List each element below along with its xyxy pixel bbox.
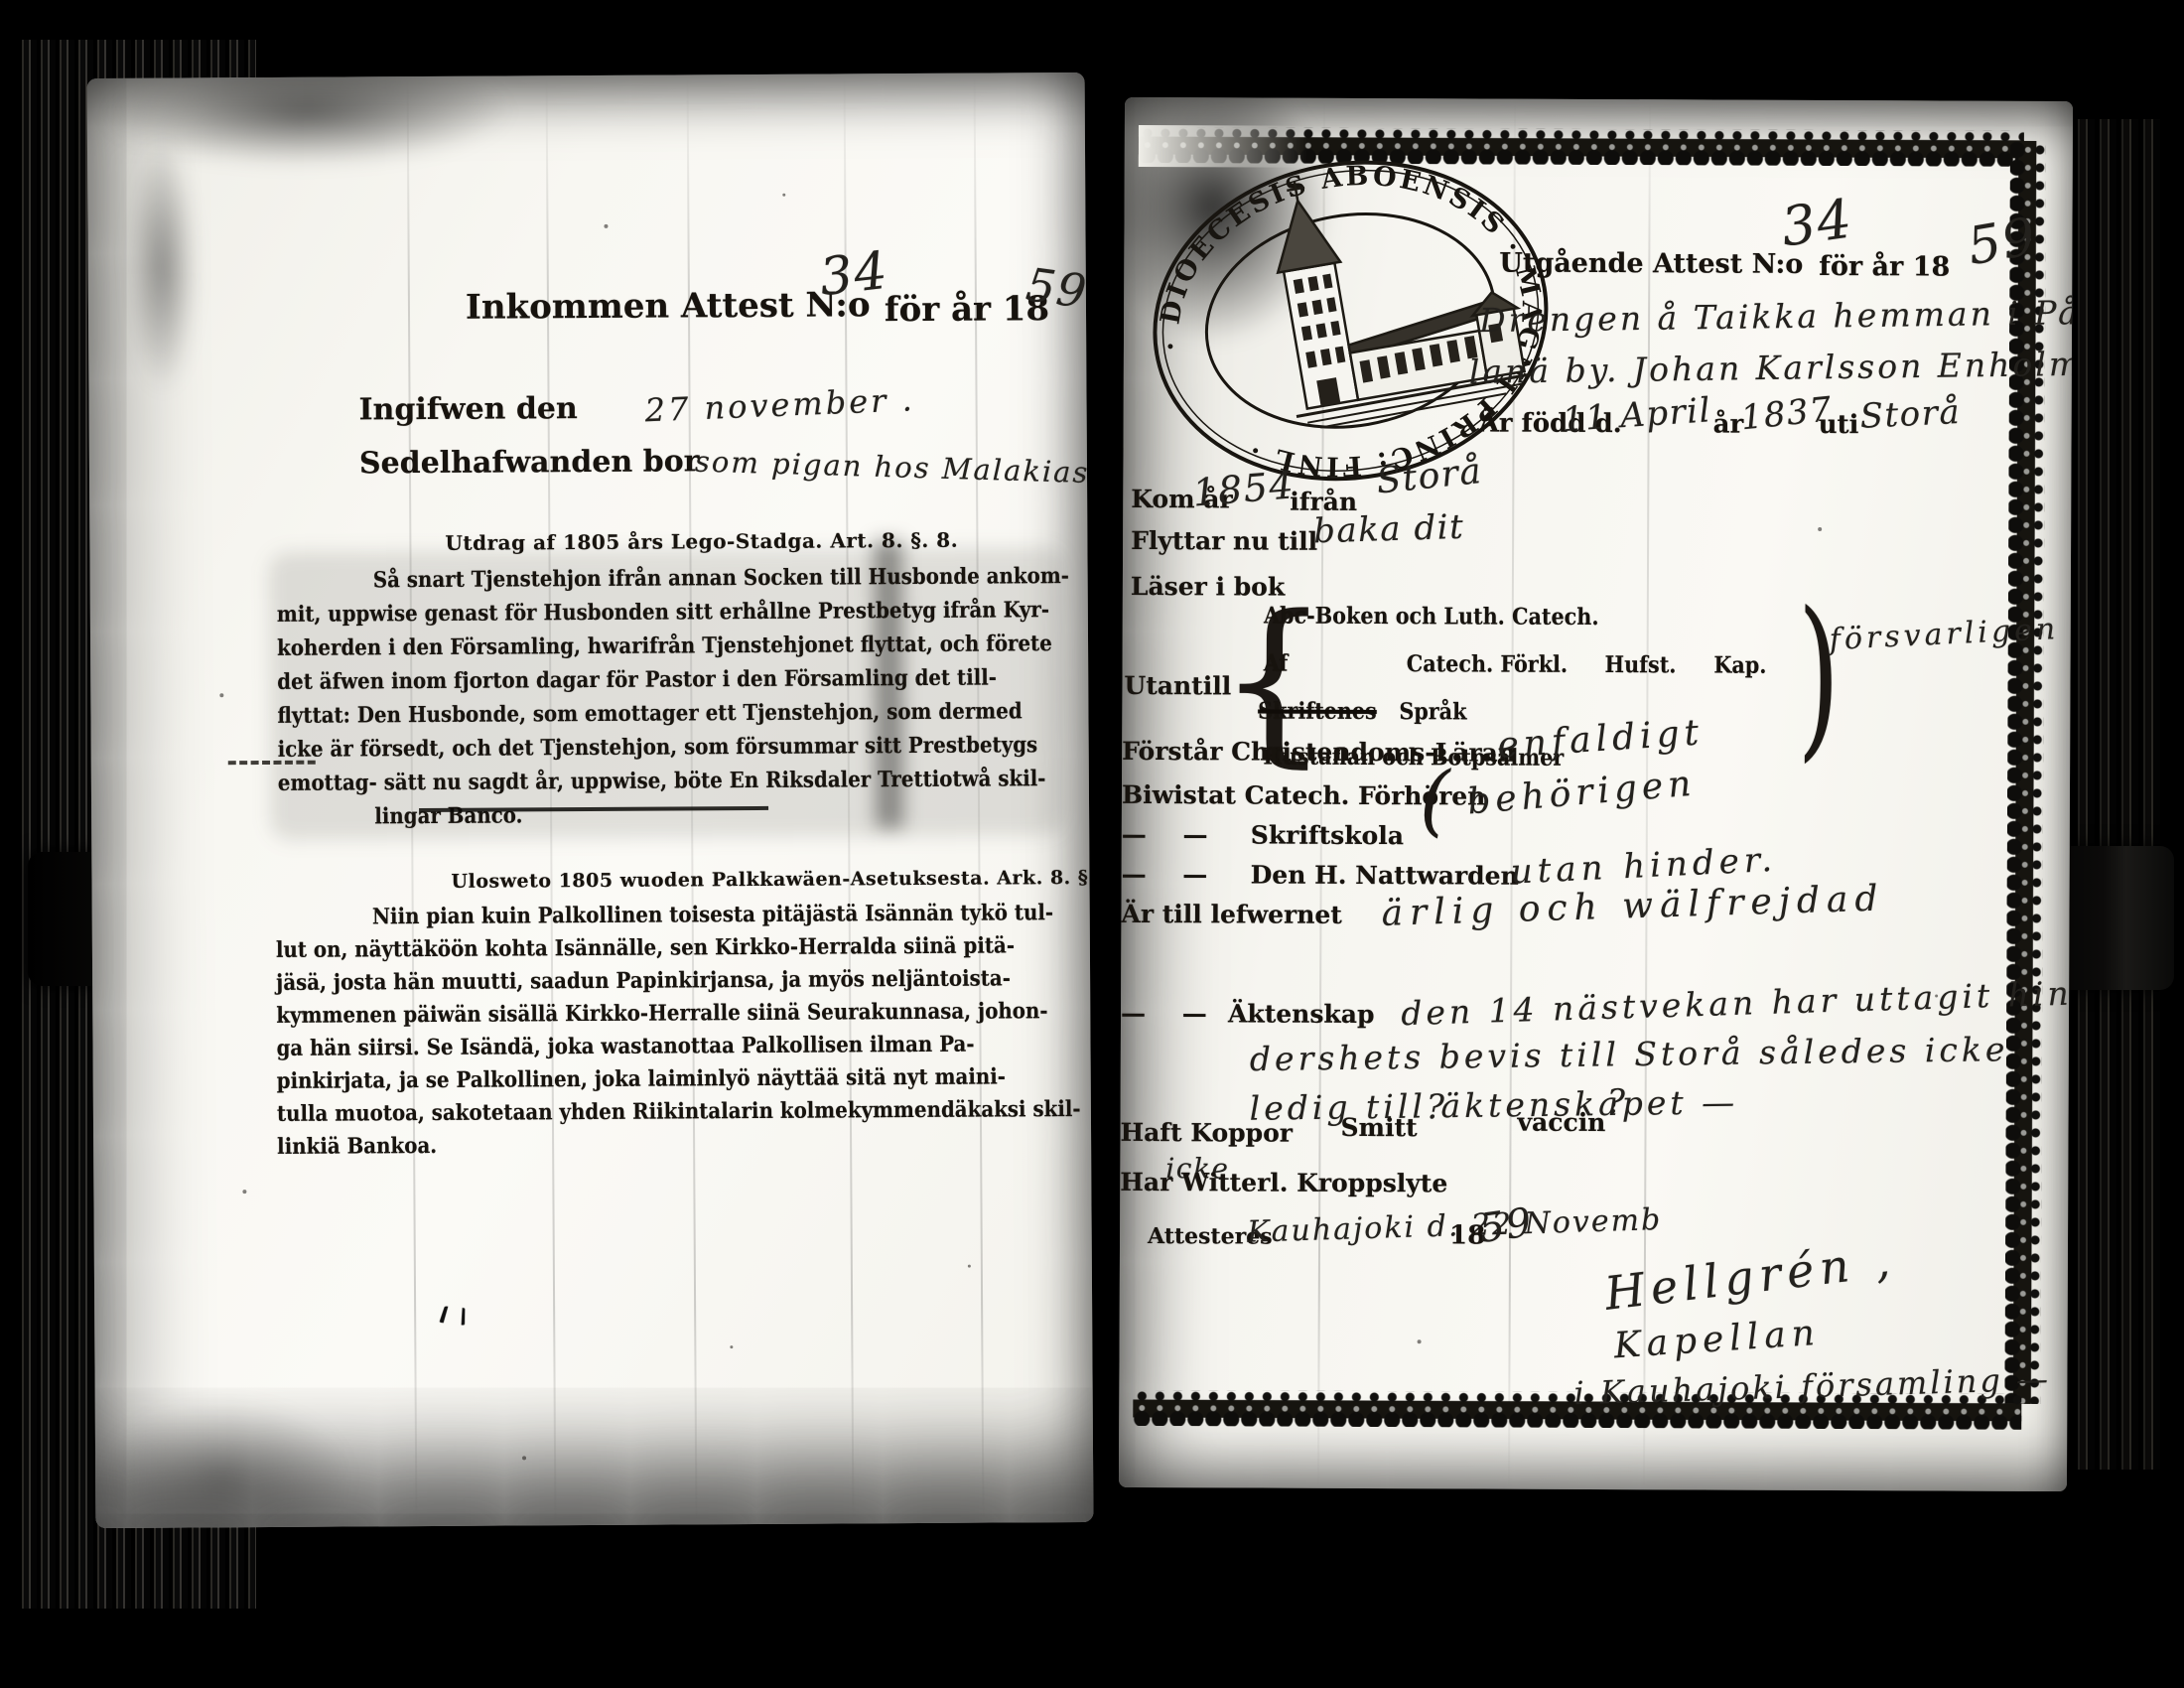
aktenskap-line1-handwritten: den 14 nästvekan har uttagit hin- — [1401, 973, 2073, 1033]
attest-year-handwritten: 59 — [1024, 257, 1091, 319]
stray-pen-mark — [439, 1306, 465, 1325]
born-place-label: uti — [1819, 410, 1859, 440]
paragraph-line: Niin pian kuin Palkollinen toisesta pitä… — [276, 897, 1080, 934]
vaccin-mark-handwritten: ? — [1607, 1082, 1627, 1122]
paragraph-line: jäsä, josta hän muutti, saadun Papinkirj… — [276, 962, 1080, 1000]
book-scan: Inkommen Attest N:o 34 för år 18 59 Ingi… — [0, 0, 2184, 1688]
ditto-dashes: — — — [1121, 999, 1221, 1028]
attest-number-handwritten: 34 — [1778, 187, 1857, 258]
page-edge-stack-right — [2073, 119, 2164, 1470]
koppor-label: Haft Koppor — [1120, 1118, 1293, 1148]
attest-year-handwritten: 59 — [1476, 1199, 1536, 1252]
paragraph-line: ga hän siirsi. Se Isändä, joka wastanott… — [276, 1028, 1080, 1065]
paragraph-line: linkiä Bankoa. — [277, 1126, 1081, 1164]
person-line1-handwritten: Drengen å Taikka hemman i Pån- — [1479, 293, 2073, 340]
right-page: · DIOECESIS ABOENSIS · MAGNI PRINC: FINL… — [1119, 97, 2073, 1491]
vaccin-label: vaccin — [1517, 1108, 1605, 1137]
margin-dash-mark — [228, 761, 316, 766]
kom-year-handwritten: 1854 — [1191, 463, 1297, 514]
smitt-label: Smitt — [1340, 1113, 1417, 1142]
skriftskola-label: Skriftskola — [1251, 820, 1404, 850]
ditto-dashes: — — — [1122, 860, 1222, 889]
sedelhafwanden-label: Sedelhafwanden bor — [359, 444, 700, 481]
paragraph-line: kymmenen päiwän sisällä Kirkko-Herralle … — [276, 995, 1080, 1033]
forstar-label: Förstår Christendoms-Läran — [1122, 737, 1516, 768]
forstar-grade-handwritten: enfaldigt — [1496, 712, 1705, 767]
paragraph-line: lut on, näyttäköön kohta Isännälle, sen … — [276, 929, 1080, 967]
outgoing-attest-title: Utgående Attest N:o — [1499, 248, 1803, 280]
aktenskap-line2-handwritten: dershets bevis till Storå således icke — [1250, 1030, 2009, 1078]
flyttar-value-handwritten: baka dit — [1313, 507, 1465, 552]
biwistat-grade-handwritten: behörigen — [1466, 763, 1698, 822]
paragraph-line: tulla muotoa, sakotetaan yhden Riikintal… — [277, 1093, 1081, 1131]
signature-name-handwritten: Hellgrén , — [1602, 1233, 1899, 1321]
utantill-row2-kap: Kap. — [1713, 652, 1766, 679]
swedish-statute-heading: Utdrag af 1805 års Lego-Stadga. Art. 8. … — [445, 528, 958, 555]
finnish-statute-heading: Ulosweto 1805 wuoden Palkkawäen-Asetukse… — [451, 867, 1093, 893]
ingifwen-value-handwritten: 27 november . — [644, 380, 916, 429]
ink-smudge — [95, 1397, 354, 1528]
aktenskap-label: Äktenskap — [1228, 999, 1375, 1029]
paragraph-line: emottag- sätt nu sagdt år, uppwise, böte… — [278, 762, 1071, 800]
paragraph-line: flyttat: Den Husbonde, som emottager ett… — [277, 694, 1070, 733]
paragraph-line: det äfwen inom fjorton dagar för Pastor … — [277, 660, 1070, 699]
kroppslyte-label: Har Witterl. Kroppslyte — [1120, 1168, 1447, 1197]
born-date-handwritten: 11 April — [1562, 390, 1713, 440]
lefwernet-label: Är till lefwernet — [1121, 900, 1342, 929]
aktenskap-line3-handwritten: ledig till äktenskapet — — [1249, 1082, 1738, 1127]
utantill-close-brace: ) — [1797, 589, 1841, 764]
outgoing-attest-year-label: för år 18 — [1819, 251, 1950, 283]
attest-number-handwritten: 34 — [817, 241, 891, 308]
utantill-row3-struck: Skriftenes — [1258, 698, 1377, 726]
ingifwen-label: Ingifwen den — [358, 391, 577, 427]
flyttar-label: Flyttar nu till — [1131, 526, 1317, 556]
paragraph-line: Så snart Tjenstehjon ifrån annan Socken … — [277, 559, 1070, 598]
nattwarden-label: Den H. Nattwarden — [1251, 860, 1519, 890]
born-place-handwritten: Storå — [1859, 392, 1962, 437]
swedish-statute-paragraph: Så snart Tjenstehjon ifrån annan Socken … — [277, 559, 1071, 834]
paragraph-line: pinkirjata, ja se Palkollinen, joka laim… — [277, 1060, 1081, 1098]
ditto-dashes: — — — [1122, 820, 1222, 849]
paragraph-line: icke är försedt, och det Tjenstehjon, so… — [278, 728, 1071, 767]
incoming-attest-title: Inkommen Attest N:o — [466, 285, 871, 327]
utantill-row2-hufst: Hufst. — [1605, 651, 1677, 678]
finnish-statute-paragraph: Niin pian kuin Palkollinen toisesta pitä… — [276, 897, 1081, 1164]
utantill-row3-sprak: Språk — [1399, 698, 1466, 725]
person-line2-handwritten: lanä by. Johan Karlsson Enholm. — [1469, 345, 2073, 391]
paragraph-line: lingar Banco. — [278, 795, 1071, 834]
sedelhafwanden-value-handwritten: som pigan hos Malakias Fransons — [695, 445, 1094, 494]
utantill-row2-catech: Catech. Förkl. — [1407, 650, 1568, 678]
smitt-mark-handwritten: ? — [1427, 1087, 1446, 1127]
born-year-label: år — [1713, 410, 1744, 440]
utantill-row2-af: Af — [1264, 650, 1289, 677]
ink-smudge — [127, 137, 199, 395]
paragraph-line: koherden i den Församling, hwarifrån Tje… — [277, 627, 1070, 665]
paragraph-line: mit, uppwise genast för Husbonden sitt e… — [277, 593, 1070, 632]
utantill-label: Utantill — [1124, 671, 1231, 700]
left-page: Inkommen Attest N:o 34 för år 18 59 Ingi… — [87, 72, 1094, 1528]
attest-year-handwritten: 59 — [1964, 207, 2041, 277]
handwritten-brace: ( — [1420, 762, 1451, 839]
utantill-row1: Abc-Boken och Luth. Catech. — [1264, 603, 1599, 631]
